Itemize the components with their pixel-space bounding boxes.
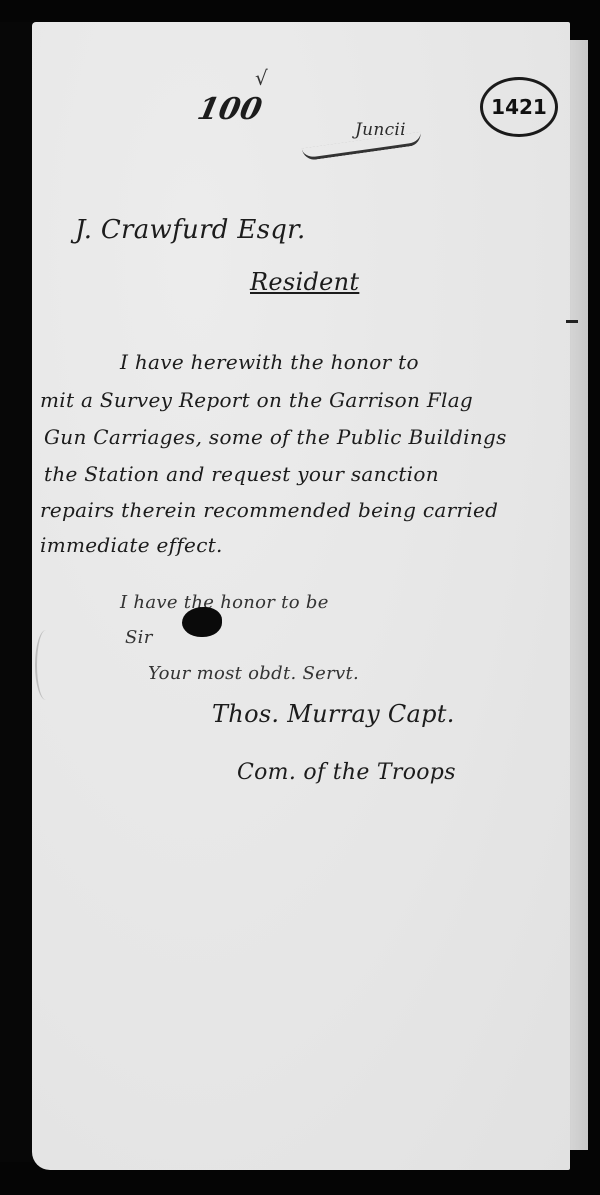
body-line: repairs therein recommended being carrie… xyxy=(40,498,498,522)
check-mark-icon: √ xyxy=(255,66,268,90)
addressee: J. Crawfurd Esqr. xyxy=(75,215,306,245)
closing-salutation: Sir xyxy=(125,627,153,648)
ink-blot xyxy=(182,607,222,637)
archive-stamp: 1421 xyxy=(480,77,558,137)
closing-line: Your most obdt. Servt. xyxy=(148,663,359,684)
body-line: the Station and request your sanction xyxy=(44,462,439,486)
body-line: I have herewith the honor to xyxy=(120,350,419,374)
body-line: mit a Survey Report on the Garrison Flag xyxy=(40,388,473,412)
margin-mark xyxy=(35,630,57,700)
archive-stamp-number: 1421 xyxy=(491,95,547,119)
edge-mark xyxy=(566,320,578,323)
folio-number: 100 xyxy=(194,92,265,127)
closing-line: I have the honor to be xyxy=(120,592,329,613)
body-line: Gun Carriages, some of the Public Buildi… xyxy=(44,425,507,449)
body-line: immediate effect. xyxy=(40,533,223,557)
film-spine xyxy=(0,22,35,1162)
signature: Thos. Murray Capt. xyxy=(212,700,455,728)
signature-rank: Com. of the Troops xyxy=(237,760,456,785)
addressee-title: Resident xyxy=(250,268,359,296)
